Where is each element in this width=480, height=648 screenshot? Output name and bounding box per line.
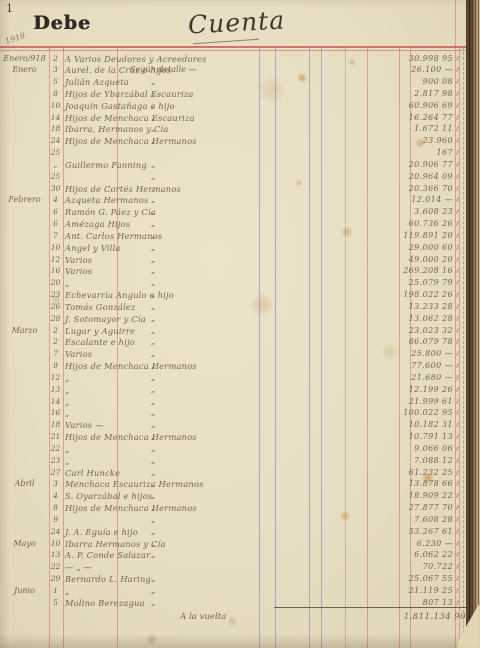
audit-tick-mark	[456, 316, 458, 321]
entry-day: 5	[48, 76, 63, 88]
entry-detail: Según detalle —	[130, 64, 240, 76]
ledger-row: 2Escalante e hijo„86.079 78	[0, 336, 480, 348]
entry-month: Junio	[3, 585, 46, 597]
audit-tick-mark	[456, 138, 458, 143]
entry-name: „	[65, 585, 70, 597]
entry-day: 2	[48, 336, 63, 348]
ledger-row: 4S. Oyarzábal e hijos„18.909 22	[0, 490, 480, 502]
entry-amount: 23.023 32	[395, 325, 453, 337]
ledger-row: „Guillermo Fanning„20.906 77	[0, 159, 480, 171]
entry-detail: „	[130, 88, 240, 100]
entry-detail: „	[130, 502, 240, 514]
entry-day: 24	[48, 526, 63, 538]
ledger-row: 22„„9.066 06	[0, 443, 480, 455]
page-stack-edge	[466, 0, 480, 648]
ledger-row: 30Hijos de Cortés Hermanos„20.366 70	[0, 183, 480, 195]
audit-tick-mark	[456, 422, 458, 427]
ledger-row: Enero/9182A Varios Deudores y Acreedores…	[0, 53, 480, 65]
entry-day: 25	[48, 171, 63, 183]
entry-name: „	[65, 443, 70, 455]
entry-amount: 21.119 25	[395, 585, 453, 597]
entry-detail: „	[130, 348, 240, 360]
entry-name: „	[65, 407, 70, 419]
ledger-row: 6Ramón G. Páez y Cía„3.608 23	[0, 206, 480, 218]
entry-detail: „	[130, 467, 240, 479]
entry-day: 12	[48, 372, 63, 384]
entry-detail: „	[130, 573, 240, 585]
audit-tick-mark	[456, 505, 458, 510]
entry-detail: „	[130, 313, 240, 325]
ledger-row: 6Amézaga Hijos„60.736 26	[0, 218, 480, 230]
entry-day: 4	[48, 194, 63, 206]
audit-tick-mark	[456, 55, 458, 60]
entry-amount: 53.267 61	[395, 526, 453, 538]
audit-tick-mark	[456, 197, 458, 202]
ledger-row: 23Echevarría Angulo e hijo„198.022 26	[0, 289, 480, 301]
entry-name: Carl Huncke	[65, 467, 120, 479]
entry-amount: 49.000 20	[395, 254, 453, 266]
entry-day: 5	[48, 597, 63, 609]
entry-day: 10	[48, 100, 63, 112]
entry-amount: 167	[395, 147, 453, 159]
entry-day: 18	[48, 123, 63, 135]
entry-detail: „	[130, 277, 240, 289]
entry-day: 4	[48, 490, 63, 502]
entry-name: Varios	[65, 254, 92, 266]
entry-name: „	[65, 372, 70, 384]
entry-day: „	[48, 159, 63, 171]
audit-tick-mark	[456, 221, 458, 226]
entry-amount: 25.067 55	[395, 573, 453, 585]
entry-month: Enero	[3, 64, 46, 76]
entry-day: 22	[48, 443, 63, 455]
ledger-row: 16Varios„269.208 16	[0, 265, 480, 277]
entry-detail: „	[130, 597, 240, 609]
entry-amount: 20.964 09	[395, 171, 453, 183]
entry-name: Varios —	[65, 419, 104, 431]
ledger-row: 27Carl Huncke„61.232 25	[0, 467, 480, 479]
audit-tick-mark	[456, 257, 458, 262]
ledger-row: 14„„21.999 61	[0, 396, 480, 408]
audit-tick-mark	[456, 552, 458, 557]
entry-name: Tomás González	[65, 301, 136, 313]
audit-tick-mark	[456, 470, 458, 475]
entry-month: Marzo	[3, 325, 46, 337]
audit-tick-mark	[456, 493, 458, 498]
ledger-row: 29Bernardo L. Haring„25.067 55	[0, 573, 480, 585]
entry-amount: 269.208 16	[395, 265, 453, 277]
entry-amount: 6.230 —	[395, 538, 453, 550]
entry-amount: 10.182 31	[395, 419, 453, 431]
entry-amount: 12.199 26	[395, 384, 453, 396]
entry-detail: „	[130, 431, 240, 443]
entry-name: Angel y Villa	[65, 242, 121, 254]
entry-amount: 2.817 98	[395, 88, 453, 100]
entry-amount: 9.066 06	[395, 443, 453, 455]
ledger-row: 18Ibarra, Hermanos y Cía„1.672 11	[0, 123, 480, 135]
audit-tick-mark	[456, 328, 458, 333]
audit-tick-mark	[456, 79, 458, 84]
entry-detail: „	[130, 325, 240, 337]
entry-name: Varios	[65, 265, 92, 277]
entry-detail: „	[130, 218, 240, 230]
entry-amount: 60.736 26	[395, 218, 453, 230]
entry-name: — „ —	[65, 561, 92, 573]
entry-day: 25	[48, 147, 63, 159]
entry-day: 6	[48, 206, 63, 218]
audit-tick-mark	[456, 67, 458, 72]
ledger-row: 7Ant. Carlos Hermanos„119.891 20	[0, 230, 480, 242]
entry-day: 14	[48, 112, 63, 124]
entry-detail: „	[130, 100, 240, 112]
entry-name: „	[65, 384, 70, 396]
entry-detail: „	[130, 242, 240, 254]
audit-tick-mark	[456, 564, 458, 569]
ledger-row: 22— „ —70.722	[0, 561, 480, 573]
entry-day: 16	[48, 265, 63, 277]
entry-detail: „	[130, 526, 240, 538]
ledger-row: 10Angel y Villa„29.000 60	[0, 242, 480, 254]
audit-tick-mark	[456, 387, 458, 392]
audit-tick-mark	[456, 517, 458, 522]
entry-day: 23	[48, 455, 63, 467]
ledger-row: Mayo10Ibarra Hermanos y Cía„6.230 —	[0, 538, 480, 550]
ledger-row: 12Varios„49.000 20	[0, 254, 480, 266]
entry-amount: 13.878 66	[395, 478, 453, 490]
audit-tick-mark	[456, 363, 458, 368]
ledger-row: 12„„21.680 —	[0, 372, 480, 384]
entry-day: 8	[48, 88, 63, 100]
ledger-row: 10Joaquín Gastañaga e hijo„60.906 69	[0, 100, 480, 112]
entry-amount: 3.608 23	[395, 206, 453, 218]
entry-name: Varios	[65, 348, 92, 360]
entry-amount: 21.680 —	[395, 372, 453, 384]
entry-detail: „	[130, 159, 240, 171]
entry-amount: 27.877 70	[395, 502, 453, 514]
total-row: A la vuelta 1.811.134 90	[0, 611, 480, 624]
entry-name: Escalante e hijo	[65, 336, 135, 348]
entry-detail: „	[130, 206, 240, 218]
entry-month: Abril	[3, 478, 46, 490]
ledger-row: 14Hijos de Menchaca Escauriza„16.264 77	[0, 112, 480, 124]
entry-day: 26	[48, 301, 63, 313]
entry-amount: 7.608 28	[395, 514, 453, 526]
audit-tick-mark	[456, 115, 458, 120]
audit-tick-mark	[456, 150, 458, 155]
audit-tick-mark	[456, 304, 458, 309]
entry-detail: „	[130, 183, 240, 195]
entry-detail: „	[130, 419, 240, 431]
entry-day: 13	[48, 549, 63, 561]
ledger-row: Abril3Menchaca Escauriza Hermanos„13.878…	[0, 478, 480, 490]
entry-amount: 1.672 11	[395, 123, 453, 135]
entry-name: A Varios Deudores y Acreedores	[65, 53, 207, 65]
entry-amount: 29.000 60	[395, 242, 453, 254]
entry-day: 10	[48, 538, 63, 550]
ledger-row: 28J. Sotomayor y Cía„13.062 28	[0, 313, 480, 325]
entry-amount: 100.022 95	[395, 407, 453, 419]
audit-tick-mark	[456, 245, 458, 250]
audit-tick-mark	[456, 600, 458, 605]
entry-name: Julián Azqueta	[65, 76, 129, 88]
entry-amount: 25.079 79	[395, 277, 453, 289]
entry-name: „	[65, 455, 70, 467]
entry-day: 18	[48, 419, 63, 431]
entry-detail: „	[130, 538, 240, 550]
entry-amount: 86.079 78	[395, 336, 453, 348]
entry-day: 13	[48, 384, 63, 396]
audit-tick-mark	[456, 280, 458, 285]
audit-tick-mark	[456, 434, 458, 439]
ledger-row: 20„„25.079 79	[0, 277, 480, 289]
entry-detail: „	[130, 478, 240, 490]
audit-tick-mark	[456, 481, 458, 486]
ledger-row: 24Hijos de Menchaca Hermanos„23.960	[0, 135, 480, 147]
entry-amount: 21.999 61	[395, 396, 453, 408]
ledger-row: 8Hijos de Menchaca Hermanos„27.877 70	[0, 502, 480, 514]
audit-tick-mark	[456, 292, 458, 297]
entry-amount: 198.022 26	[395, 289, 453, 301]
ledger-row: 24J. A. Eguía e hijo„53.267 61	[0, 526, 480, 538]
audit-tick-mark	[456, 351, 458, 356]
entry-detail: „	[130, 265, 240, 277]
ledger-row: 21Hijos de Menchaca Hermanos„10.791 13	[0, 431, 480, 443]
ledger-row: 5Julián Azqueta„900 08	[0, 76, 480, 88]
entry-detail: „	[130, 123, 240, 135]
entry-detail: „	[130, 254, 240, 266]
entry-amount: 10.791 13	[395, 431, 453, 443]
entry-day: 28	[48, 313, 63, 325]
entry-day: 23	[48, 289, 63, 301]
entry-detail: „	[130, 490, 240, 502]
entry-day: 29	[48, 573, 63, 585]
ledger-row: Febrero4Azqueta Hermanos„12.014 —	[0, 194, 480, 206]
entry-detail: „	[130, 384, 240, 396]
entry-day: 22	[48, 561, 63, 573]
entry-amount: 13.233 28	[395, 301, 453, 313]
audit-tick-mark	[456, 576, 458, 581]
ledger-row: 16„„100.022 95	[0, 407, 480, 419]
audit-tick-mark	[456, 91, 458, 96]
audit-tick-mark	[456, 103, 458, 108]
entry-detail: „	[130, 407, 240, 419]
entry-detail: „	[130, 230, 240, 242]
entry-detail: „	[130, 171, 240, 183]
audit-tick-mark	[456, 339, 458, 344]
ledger-row: 23„„7.088 12	[0, 455, 480, 467]
entry-amount: 70.722	[395, 561, 453, 573]
audit-tick-mark	[456, 458, 458, 463]
entry-day: 7	[48, 348, 63, 360]
entry-day: 9	[48, 514, 63, 526]
ledger-row: Junio1„„21.119 25	[0, 585, 480, 597]
entry-day: 12	[48, 254, 63, 266]
entry-name: Amézaga Hijos	[65, 218, 130, 230]
entry-detail: „	[130, 135, 240, 147]
entry-amount: 60.906 69	[395, 100, 453, 112]
entry-detail: „	[130, 549, 240, 561]
ledger-row: 8Hijos de Ybarzábal Escauriza„2.817 98	[0, 88, 480, 100]
entry-amount: 30.998 95	[395, 53, 453, 65]
entry-amount: 12.014 —	[395, 194, 453, 206]
entry-name: Lugar y Aguirre	[65, 325, 135, 337]
entry-day: 9	[48, 360, 63, 372]
entry-amount: 7.088 12	[395, 455, 453, 467]
entry-amount: 18.909 22	[395, 490, 453, 502]
entry-amount: 25.800 —	[395, 348, 453, 360]
audit-tick-mark	[456, 375, 458, 380]
entry-day: 16	[48, 407, 63, 419]
entry-amount: 900 08	[395, 76, 453, 88]
entry-day: 3	[48, 64, 63, 76]
entry-month: Febrero	[3, 194, 46, 206]
entry-detail: „	[130, 585, 240, 597]
ledger-row: Marzo2Lugar y Aguirre„23.023 32	[0, 325, 480, 337]
entry-amount: 6.062 22	[395, 549, 453, 561]
entry-detail: „	[130, 455, 240, 467]
audit-tick-mark	[456, 268, 458, 273]
entry-name: „	[65, 277, 70, 289]
audit-tick-mark	[456, 399, 458, 404]
entry-detail: „	[130, 396, 240, 408]
ledger-page: 1 1918 Debe Cuenta Enero/9182A Varios De…	[0, 0, 480, 648]
ledger-rows: Enero/9182A Varios Deudores y Acreedores…	[0, 0, 480, 648]
entry-name: J. A. Eguía e hijo	[65, 526, 138, 538]
entry-day: 1	[48, 585, 63, 597]
entry-detail: „	[130, 194, 240, 206]
entry-amount: 16.264 77	[395, 112, 453, 124]
entry-detail: „	[130, 112, 240, 124]
audit-tick-mark	[456, 174, 458, 179]
audit-tick-mark	[456, 540, 458, 545]
entry-day: 14	[48, 396, 63, 408]
audit-tick-mark	[456, 209, 458, 214]
total-amount: 1.811.134 90	[388, 611, 466, 624]
entry-day: 2	[48, 53, 63, 65]
total-rule-line	[274, 607, 466, 608]
audit-tick-mark	[456, 162, 458, 167]
ledger-row: 7Varios„25.800 —	[0, 348, 480, 360]
entry-name: „	[65, 396, 70, 408]
entry-amount: 61.232 25	[395, 467, 453, 479]
entry-detail: „	[130, 372, 240, 384]
audit-tick-mark	[456, 588, 458, 593]
entry-amount: 77.600 —	[395, 360, 453, 372]
entry-detail: „	[130, 336, 240, 348]
entry-day: 20	[48, 277, 63, 289]
entry-day: 7	[48, 230, 63, 242]
entry-detail: „	[130, 289, 240, 301]
entry-day: 24	[48, 135, 63, 147]
total-label: A la vuelta	[180, 611, 226, 624]
entry-amount: 20.906 77	[395, 159, 453, 171]
audit-tick-mark	[456, 529, 458, 534]
entry-day: 27	[48, 467, 63, 479]
entry-day: 10	[48, 242, 63, 254]
entry-day: 30	[48, 183, 63, 195]
entry-day: 3	[48, 478, 63, 490]
entry-detail: „	[130, 301, 240, 313]
ledger-row: 26Tomás González„13.233 28	[0, 301, 480, 313]
ledger-row: 9Hijos de Menchaca Hermanos„77.600 —	[0, 360, 480, 372]
entry-day: 2	[48, 325, 63, 337]
audit-tick-mark	[456, 446, 458, 451]
entry-detail: „	[130, 76, 240, 88]
entry-amount: 13.062 28	[395, 313, 453, 325]
entry-amount: 26.100 —	[395, 64, 453, 76]
entry-day: 8	[48, 502, 63, 514]
entry-amount: 20.366 70	[395, 183, 453, 195]
audit-tick-mark	[456, 410, 458, 415]
entry-month: Mayo	[3, 538, 46, 550]
ledger-row: 18Varios —„10.182 31	[0, 419, 480, 431]
ledger-row: 13A. P. Conde Salazar„6.062 22	[0, 549, 480, 561]
entry-amount: 119.891 20	[395, 230, 453, 242]
ledger-row: 25167	[0, 147, 480, 159]
entry-detail: „	[130, 443, 240, 455]
audit-tick-mark	[456, 186, 458, 191]
ledger-row: 13„„12.199 26	[0, 384, 480, 396]
audit-tick-mark	[456, 233, 458, 238]
entry-detail: „	[130, 514, 240, 526]
entry-amount: 23.960	[395, 135, 453, 147]
entry-detail: „	[130, 360, 240, 372]
audit-tick-mark	[456, 126, 458, 131]
entry-day: 6	[48, 218, 63, 230]
entry-day: 21	[48, 431, 63, 443]
ledger-row: 9„7.608 28	[0, 514, 480, 526]
ledger-row: 25„20.964 09	[0, 171, 480, 183]
entry-month: Enero/918	[3, 53, 46, 65]
ledger-row: Enero3Aurel. de la Cruz e hijosSegún det…	[0, 64, 480, 76]
